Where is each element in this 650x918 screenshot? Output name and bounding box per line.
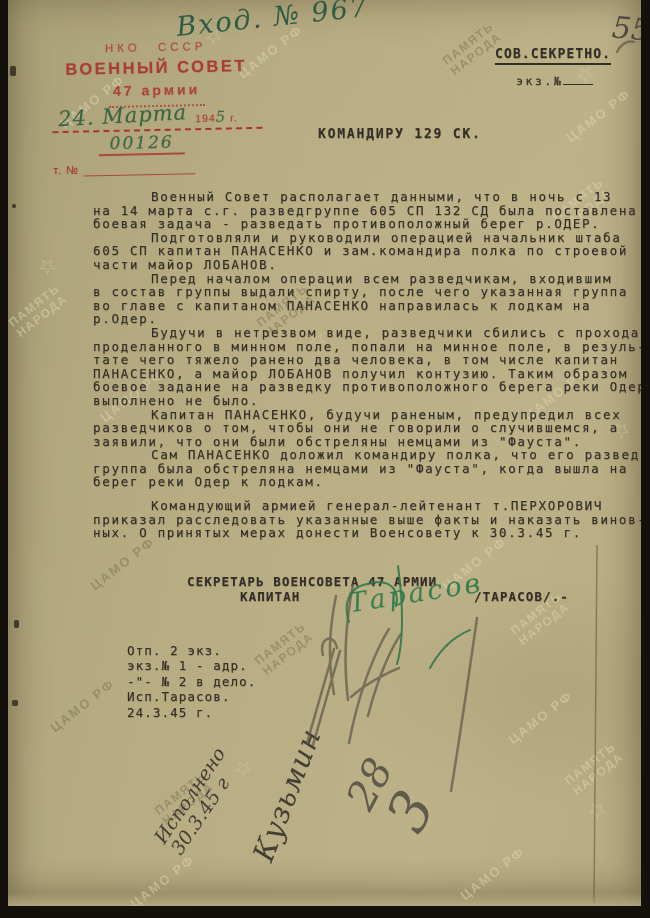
watermark-text: ЦАМО РФ <box>506 688 576 747</box>
copy-number-label: экз.№ <box>516 74 563 88</box>
copy-number-blank <box>563 74 593 85</box>
addressee-line: КОМАНДИРУ 129 СК. <box>318 127 482 142</box>
paper-bottom-edge <box>8 892 641 906</box>
body-text: Военный Совет располагает данными, что в… <box>93 190 641 540</box>
body-line: ПАНАСЕНКО, а майор ЛОБАНОВ получил конту… <box>93 367 641 381</box>
body-line: Подготовляли и руководили операцией нача… <box>93 231 641 245</box>
paper-crease <box>594 545 597 903</box>
stamp-tno-label: т. № <box>53 165 79 178</box>
body-line: Командующий армией генерал-лейтенант т.П… <box>93 499 641 513</box>
body-line: выполнено не было. <box>93 394 641 408</box>
body-line: группа была обстреляна немцами из "Фауст… <box>93 462 641 476</box>
stamp-tno-blank <box>83 162 195 176</box>
scan-speck <box>14 620 19 628</box>
body-line: Сам ПАНАСЕНКО доложил командиру полка, ч… <box>93 448 641 462</box>
imprint-line: 24.3.45 г. <box>127 705 256 720</box>
imprint-block: Отп. 2 экз.экз.№ 1 - адр.-"- № 2 в дело.… <box>127 643 256 720</box>
body-line: берег реки Одер к лодкам. <box>93 475 641 489</box>
signature-title-line2: КАПИТАН <box>240 589 300 604</box>
page-number: 55 <box>611 10 641 48</box>
body-line: 605 СП капитан ПАНАСЕНКО и зам.командира… <box>93 244 641 258</box>
body-line: заявили, что они были обстреляны немцами… <box>93 435 641 449</box>
scan-edge-bottom <box>0 906 650 918</box>
imprint-line: Исп.Тарасов. <box>127 689 256 704</box>
scan-speck <box>12 204 16 208</box>
watermark-star-icon: ☆ <box>582 795 612 826</box>
pencil-date-mark-3: 3 <box>374 781 448 843</box>
incoming-number-handwriting: Вход. № 967 <box>175 0 370 43</box>
stamp-org-line3: 47 армии <box>51 80 261 100</box>
scan-speck <box>12 700 18 706</box>
stamp-date-row: 24. Марта 1945 г. <box>52 101 263 133</box>
signature-name: /ТАРАСОВ/.- <box>474 589 569 604</box>
body-line: в состав группы выдали спирту, после чег… <box>93 285 641 299</box>
watermark-text: ЦАМО РФ <box>88 534 158 593</box>
body-line: тате чего тяжело ранено два человека, в … <box>93 353 641 367</box>
watermark-text: ЦАМО РФ <box>564 86 634 145</box>
stamp-year: 1945 г. <box>195 107 238 126</box>
scan-speck <box>10 66 16 76</box>
copy-number-line: экз.№ <box>516 74 593 88</box>
body-line: во главе с капитаном ПАНАСЕНКО направила… <box>93 299 641 313</box>
stamp-tno-row: т. № <box>53 161 263 177</box>
body-line: на 14 марта с.г. разведгруппе 605 СП 132… <box>93 204 641 218</box>
stamp-year-suffix: г. <box>230 112 238 124</box>
body-line: Будучи в нетрезвом виде, разведчики сбил… <box>93 326 641 340</box>
stamp-org-line1: НКО СССР <box>51 40 261 56</box>
imprint-line: -"- № 2 в дело. <box>127 674 256 689</box>
document-page: ☆ЦАМО РФПАМЯТЬНАРОДА☆ЦАМО РФПАМЯТЬНАРОДА… <box>8 0 641 906</box>
body-line: приказал расследовать указанные выше фак… <box>93 513 641 527</box>
watermark-text: ЦАМО РФ <box>48 676 118 735</box>
military-council-stamp: НКО СССР ВОЕННЫЙ СОВЕТ 47 армии 24. Март… <box>51 40 264 177</box>
document-scan: ☆ЦАМО РФПАМЯТЬНАРОДА☆ЦАМО РФПАМЯТЬНАРОДА… <box>0 0 650 918</box>
body-line: боевая задача - разведать противоположны… <box>93 217 641 231</box>
body-line: разведчиков о том, чтобы они не говорили… <box>93 421 641 435</box>
stamp-year-handwriting: 5 <box>216 108 227 126</box>
scan-edge-right <box>641 0 650 918</box>
body-line: Перед началом операции всем разведчикам,… <box>93 272 641 286</box>
secrecy-marking: СОВ.СЕКРЕТНО. <box>495 47 611 65</box>
body-line: части майор ЛОБАНОВ. <box>93 258 641 272</box>
body-line: Военный Совет располагает данными, что в… <box>93 190 641 204</box>
stamp-date-handwriting: 24. Марта <box>58 100 188 131</box>
stamp-org-line2: ВОЕННЫЙ СОВЕТ <box>51 57 261 80</box>
watermark-text: ПАМЯТЬНАРОДА <box>252 620 316 678</box>
watermark-star-icon: ☆ <box>32 251 62 282</box>
stamp-number-handwriting: 00126 <box>109 133 173 154</box>
body-line: боевое задание на разведку противоположн… <box>93 380 641 394</box>
imprint-line: экз.№ 1 - адр. <box>127 658 256 673</box>
watermark-text: ПАМЯТЬНАРОДА <box>8 282 70 340</box>
imprint-line: Отп. 2 экз. <box>127 643 256 658</box>
watermark-text: ПАМЯТЬНАРОДА <box>562 740 626 798</box>
body-line: проделанного в минном поле, попали на ми… <box>93 340 641 354</box>
scan-edge-left <box>0 0 8 918</box>
stamp-year-printed: 194 <box>195 113 216 125</box>
executor-signature: Кузьмин <box>246 724 328 867</box>
body-line: р.Одер. <box>93 312 641 326</box>
body-line: ных. О принятых мерах донести Военсовету… <box>93 526 641 540</box>
stamp-number-row: 00126 <box>99 132 185 156</box>
body-line: Капитан ПАНАСЕНКО, будучи раненым, преду… <box>93 408 641 422</box>
